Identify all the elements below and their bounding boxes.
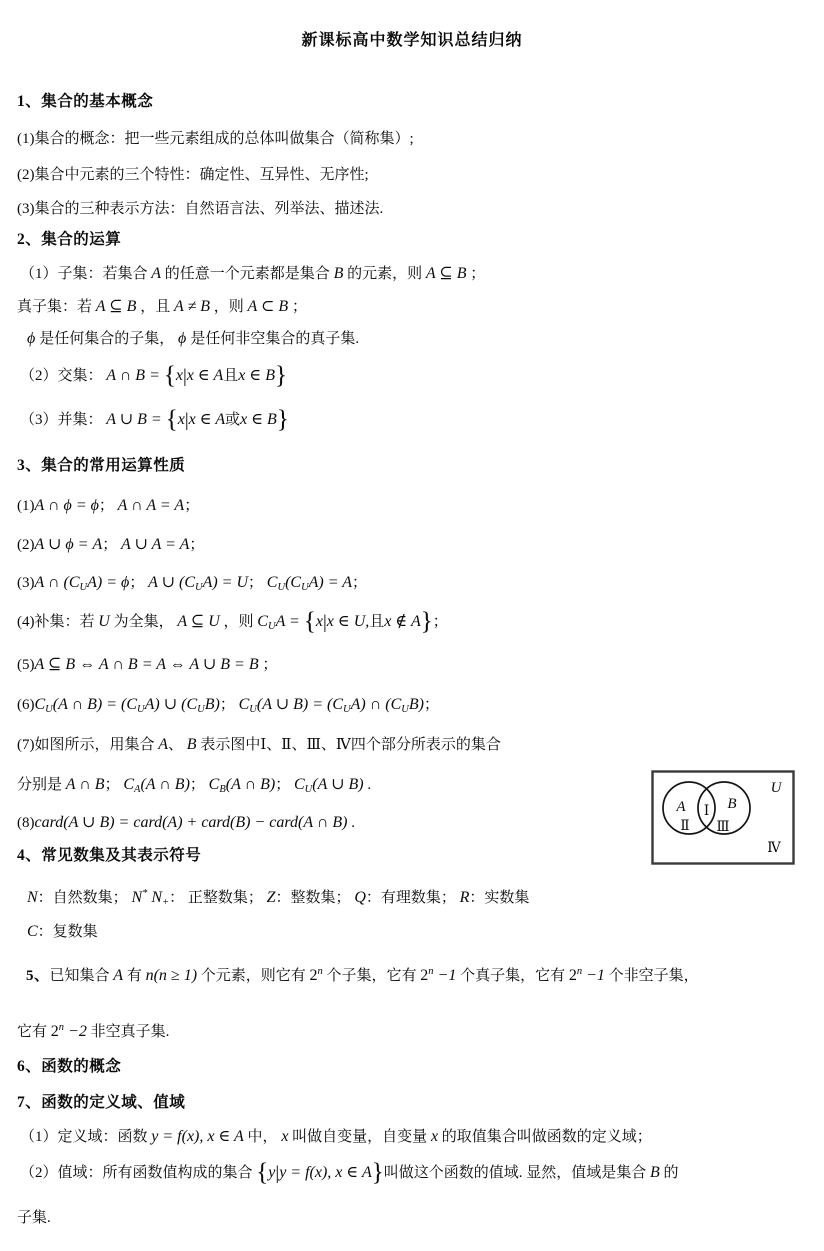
math-subscript: U xyxy=(137,704,145,715)
body-text: 真子集：若 xyxy=(17,299,96,315)
math-text: (A ∩ B) xyxy=(226,776,275,793)
set-brace: } xyxy=(372,1159,384,1186)
sec2-item1: （1）子集：若集合 A 的任意一个元素都是集合 B 的元素，则 A ⊆ B ； xyxy=(20,260,485,288)
body-text: (5) xyxy=(17,657,35,673)
math-text: x ∉ A xyxy=(384,613,420,630)
math-text: B xyxy=(334,265,344,282)
body-text: 的 xyxy=(660,1165,679,1181)
math-text: A ⊆ B xyxy=(426,265,467,282)
math-text: −2 xyxy=(64,1023,87,1040)
venn-region-i-label: Ⅰ xyxy=(704,803,709,819)
sec4-item1: N：自然数集； N* N+： 正整数集； Z：整数集； Q：有理数集； R：实数… xyxy=(27,880,529,916)
math-text: B xyxy=(650,1164,660,1181)
body-text: 是任何非空集合的真子集. xyxy=(190,331,359,347)
sec3-item8: (8)card(A ∪ B) = card(A) + card(B) − car… xyxy=(17,809,355,837)
venn-label-a: A xyxy=(675,799,686,815)
math-text: A) = A xyxy=(309,574,352,591)
body-text: (4)补集：若 xyxy=(17,614,98,630)
set-brace: { xyxy=(304,608,316,635)
set-brace: { xyxy=(166,406,178,433)
math-text: A ∪ ϕ = A xyxy=(35,536,103,553)
body-text: ：复数集 xyxy=(38,924,98,940)
math-text: A) ∩ (C xyxy=(351,696,402,713)
body-text: ： 正整数集； xyxy=(169,890,267,906)
math-text: A ∪ B = xyxy=(106,411,165,428)
body-text: ； xyxy=(424,697,439,713)
math-text: A ∩ (C xyxy=(35,574,80,591)
body-text: （1）定义域：函数 xyxy=(20,1129,151,1145)
math-subscript: U xyxy=(249,704,257,715)
body-text: ，则 xyxy=(210,299,248,315)
math-text: (A ∪ B) = (C xyxy=(257,696,343,713)
math-text: A ∪ A = A xyxy=(121,536,189,553)
math-text: A = xyxy=(276,613,304,630)
body-text: 表示图中Ⅰ、Ⅱ、Ⅲ、Ⅳ四个部分所表示的集合 xyxy=(197,737,501,753)
math-text: A ∩ A = A xyxy=(118,497,185,514)
bold-text: 2、集合的运算 xyxy=(17,231,121,248)
math-text: N xyxy=(27,889,38,906)
math-text: 2 xyxy=(51,1023,59,1040)
sec2-item2: （2）交集： A ∩ B = {x|x ∈ A且x ∈ B} xyxy=(20,362,287,390)
math-text: (A ∩ B) xyxy=(140,776,189,793)
sec7-item2: （2）值域：所有函数值构成的集合 {y|y = f(x), x ∈ A}叫做这个… xyxy=(20,1159,679,1187)
math-subscript: U xyxy=(268,621,276,632)
body-text: （1）子集：若集合 xyxy=(20,266,151,282)
body-text: ； xyxy=(248,575,267,591)
document-page: 新课标高中数学知识总结归纳 1、集合的基本概念(1)集合的概念：把一些元素组成的… xyxy=(0,0,824,1251)
body-text: 个子集，它有 xyxy=(323,968,421,984)
sec5-line1: 5、已知集合 A 有 n(n ≥ 1) 个元素，则它有 2n 个子集，它有 2n… xyxy=(26,958,699,990)
body-text: 且 xyxy=(223,368,238,384)
bold-text: 3、集合的常用运算性质 xyxy=(17,457,185,474)
math-text: A ∩ ϕ = ϕ xyxy=(35,497,99,514)
body-text: ； xyxy=(433,614,448,630)
body-text: ； xyxy=(189,537,204,553)
math-text: A ≠ B xyxy=(174,298,210,315)
body-text: 个真子集，它有 xyxy=(456,968,569,984)
math-text: x xyxy=(176,367,183,384)
sec2-item1c: ϕ 是任何集合的子集， ϕ 是任何非空集合的真子集. xyxy=(27,325,359,353)
body-text: ； xyxy=(99,498,118,514)
math-text: card(A ∪ B) = card(A) + card(B) − card(A… xyxy=(35,814,348,831)
body-text: ； xyxy=(102,537,121,553)
bold-text: 1、集合的基本概念 xyxy=(17,93,153,110)
math-text: U xyxy=(98,613,110,630)
body-text: 叫做自变量，自变量 xyxy=(288,1129,431,1145)
sec7-item2b: 子集. xyxy=(17,1205,51,1232)
body-text: 非空真子集. xyxy=(87,1024,170,1040)
page-title: 新课标高中数学知识总结归纳 xyxy=(0,27,824,50)
venn-label-universe: U xyxy=(771,780,783,796)
body-text: 、 xyxy=(168,737,187,753)
body-text: ； xyxy=(288,299,307,315)
math-subscript: U xyxy=(195,582,203,593)
set-brace: } xyxy=(275,362,287,389)
heading-6: 6、函数的概念 xyxy=(17,1053,121,1080)
venn-label-b: B xyxy=(727,796,736,812)
set-brace: { xyxy=(256,1159,268,1186)
body-text: 或 xyxy=(225,412,240,428)
math-text: C xyxy=(267,574,278,591)
math-subscript: U xyxy=(80,582,88,593)
sec1-item3: (3)集合的三种表示方法：自然语言法、列举法、描述法. xyxy=(17,196,383,223)
body-text: （2）交集： xyxy=(20,368,106,384)
math-text: B) xyxy=(409,696,424,713)
math-text: y = f(x), x ∈ A xyxy=(279,1164,372,1181)
venn-region-iv-label: Ⅳ xyxy=(767,840,781,856)
math-text: 2 xyxy=(310,967,318,984)
math-subscript: U xyxy=(277,582,285,593)
body-text: 是任何集合的子集， xyxy=(39,331,178,347)
sec3-item7: (7)如图所示，用集合 A、 B 表示图中Ⅰ、Ⅱ、Ⅲ、Ⅳ四个部分所表示的集合 xyxy=(17,731,501,759)
math-text: (A ∩ B) = (C xyxy=(53,696,137,713)
math-text: −1 xyxy=(582,967,605,984)
body-text: (2) xyxy=(17,537,35,553)
math-text: A) = U xyxy=(203,574,248,591)
body-text: （2）值域：所有函数值构成的集合 xyxy=(20,1165,256,1181)
body-text: ； xyxy=(184,498,199,514)
body-text: 中， xyxy=(244,1129,282,1145)
math-text: C xyxy=(239,696,250,713)
math-text: C xyxy=(27,923,38,940)
math-text: 2 xyxy=(569,967,577,984)
math-text: B xyxy=(187,736,197,753)
math-subscript: U xyxy=(343,704,351,715)
body-text: (8) xyxy=(17,815,35,831)
math-text: A xyxy=(113,967,123,984)
math-text: x xyxy=(316,613,323,630)
math-text: A) ∪ (C xyxy=(145,696,198,713)
math-text: C xyxy=(35,696,46,713)
math-subscript: U xyxy=(45,704,53,715)
body-text: ：自然数集； xyxy=(38,890,132,906)
body-text: ； xyxy=(129,575,148,591)
math-text: C xyxy=(294,776,305,793)
body-text: ：实数集 xyxy=(469,890,529,906)
set-brace: } xyxy=(277,406,289,433)
sec3-item7b: 分别是 A ∩ B； CA(A ∩ B)； CB(A ∩ B)； CU(A ∪ … xyxy=(17,771,371,803)
math-text: N xyxy=(147,889,162,906)
body-text: 个元素，则它有 xyxy=(197,968,310,984)
body-text: 子集. xyxy=(17,1210,51,1226)
body-text: 它有 xyxy=(17,1024,51,1040)
math-text: A) = ϕ xyxy=(87,574,129,591)
venn-region-ii-label: Ⅱ xyxy=(680,818,689,834)
body-text: 的元素，则 xyxy=(343,266,426,282)
sec4-item2: C：复数集 xyxy=(27,918,98,946)
math-text: Z xyxy=(267,889,276,906)
heading-2: 2、集合的运算 xyxy=(17,226,121,253)
math-text: N xyxy=(131,889,142,906)
math-text: x ∈ U, xyxy=(327,613,370,630)
math-text: A ∪ (C xyxy=(148,574,195,591)
math-text: A xyxy=(151,265,161,282)
sec3-item5: (5)A ⊆ B ⇔ A ∩ B = A ⇔ A ∪ B = B ； xyxy=(17,651,277,679)
body-text: ，则 xyxy=(220,614,258,630)
body-text: 有 xyxy=(123,968,146,984)
body-text: ：有理数集； xyxy=(366,890,460,906)
sec2-item1b: 真子集：若 A ⊆ B ，且 A ≠ B ，则 A ⊂ B ； xyxy=(17,293,307,321)
body-text: (7)如图所示，用集合 xyxy=(17,737,158,753)
math-text: A ⊂ B xyxy=(248,298,289,315)
heading-7: 7、函数的定义域、值域 xyxy=(17,1089,185,1116)
math-text: x ∈ B xyxy=(240,411,277,428)
math-text: A xyxy=(158,736,168,753)
math-text: A ∩ B xyxy=(66,776,105,793)
math-subscript: U xyxy=(197,704,205,715)
body-text: (6) xyxy=(17,697,35,713)
body-text: 分别是 xyxy=(17,777,66,793)
body-text: ； xyxy=(190,777,209,793)
venn-region-iii-label: Ⅲ xyxy=(716,819,729,835)
math-text: x xyxy=(178,411,185,428)
heading-1: 1、集合的基本概念 xyxy=(17,88,153,115)
sec7-item1: （1）定义域：函数 y = f(x), x ∈ A 中， x 叫做自变量，自变量… xyxy=(20,1123,652,1151)
body-text: ； xyxy=(467,266,486,282)
math-text: ϕ xyxy=(27,330,39,347)
math-text: C xyxy=(257,613,268,630)
body-text: ； xyxy=(220,697,239,713)
body-text: (3) xyxy=(17,575,35,591)
sec3-item2: (2)A ∪ ϕ = A； A ∪ A = A； xyxy=(17,531,204,559)
bold-text: 5、 xyxy=(26,968,50,984)
math-text: B) xyxy=(205,696,220,713)
sec2-item3: （3）并集： A ∪ B = {x|x ∈ A或x ∈ B} xyxy=(20,406,289,434)
body-text: （3）并集： xyxy=(20,412,106,428)
body-text: . xyxy=(364,777,372,793)
math-text: C xyxy=(209,776,220,793)
sec3-item1: (1)A ∩ ϕ = ϕ； A ∩ A = A； xyxy=(17,492,199,520)
sec1-item1: (1)集合的概念：把一些元素组成的总体叫做集合（简称集）; xyxy=(17,126,414,153)
body-text: ，且 xyxy=(136,299,174,315)
math-text: A ∩ B = xyxy=(106,367,164,384)
bold-text: 4、常见数集及其表示符号 xyxy=(17,847,201,864)
bold-text: 6、函数的概念 xyxy=(17,1058,121,1075)
body-text: 已知集合 xyxy=(50,968,114,984)
body-text: 个非空子集， xyxy=(605,968,699,984)
math-text: −1 xyxy=(434,967,457,984)
body-text: (1) xyxy=(17,498,35,514)
bold-text: 7、函数的定义域、值域 xyxy=(17,1094,185,1111)
sec3-item6: (6)CU(A ∩ B) = (CUA) ∪ (CUB)； CU(A ∪ B) … xyxy=(17,691,439,723)
math-text: x ∈ B xyxy=(238,367,275,384)
math-subscript: U xyxy=(301,582,309,593)
body-text: . xyxy=(347,815,355,831)
body-text: 且 xyxy=(369,614,384,630)
sec1-item2: (2)集合中元素的三个特性：确定性、互异性、无序性; xyxy=(17,162,369,189)
math-text: x ∈ A xyxy=(189,411,225,428)
math-text: (C xyxy=(285,574,301,591)
body-text: 的任意一个元素都是集合 xyxy=(161,266,334,282)
set-brace: } xyxy=(421,608,433,635)
math-text: x xyxy=(431,1128,438,1145)
sec3-item3: (3)A ∩ (CUA) = ϕ； A ∪ (CUA) = U； CU(CUA)… xyxy=(17,569,367,601)
body-text: ：整数集； xyxy=(276,890,355,906)
math-subscript: U xyxy=(401,704,409,715)
body-text: 为全集， xyxy=(110,614,178,630)
body-text: ； xyxy=(275,777,294,793)
math-text: A ⊆ B xyxy=(96,298,137,315)
math-text: x ∈ A xyxy=(187,367,223,384)
sec5-line2: 它有 2n −2 非空真子集. xyxy=(17,1014,169,1046)
body-text: (1)集合的概念：把一些元素组成的总体叫做集合（简称集）; xyxy=(17,131,414,147)
math-text: R xyxy=(460,889,470,906)
math-text: A ⊆ U xyxy=(177,613,219,630)
body-text: ； xyxy=(105,777,124,793)
heading-4: 4、常见数集及其表示符号 xyxy=(17,842,201,869)
math-text: y = f(x), x ∈ A xyxy=(151,1128,244,1145)
body-text: 的取值集合叫做函数的定义域； xyxy=(438,1129,652,1145)
body-text: (3)集合的三种表示方法：自然语言法、列举法、描述法. xyxy=(17,201,383,217)
math-text: Q xyxy=(354,889,366,906)
venn-diagram: A B U Ⅰ Ⅱ Ⅲ Ⅳ xyxy=(651,770,796,866)
body-text: (2)集合中元素的三个特性：确定性、互异性、无序性; xyxy=(17,167,369,183)
math-text: C xyxy=(123,776,134,793)
body-text: ； xyxy=(259,657,278,673)
math-text: A ⊆ B ⇔ A ∩ B = A ⇔ A ∪ B = B xyxy=(35,656,259,673)
heading-3: 3、集合的常用运算性质 xyxy=(17,452,185,479)
math-text: (A ∪ B) xyxy=(312,776,363,793)
body-text: ； xyxy=(352,575,367,591)
body-text: 叫做这个函数的值域. 显然，值域是集合 xyxy=(384,1165,650,1181)
math-text: n(n ≥ 1) xyxy=(146,967,197,984)
math-text: ϕ xyxy=(178,330,190,347)
sec3-item4: (4)补集：若 U 为全集， A ⊆ U ，则 CUA = {x|x ∈ U,且… xyxy=(17,608,448,640)
set-brace: { xyxy=(164,362,176,389)
